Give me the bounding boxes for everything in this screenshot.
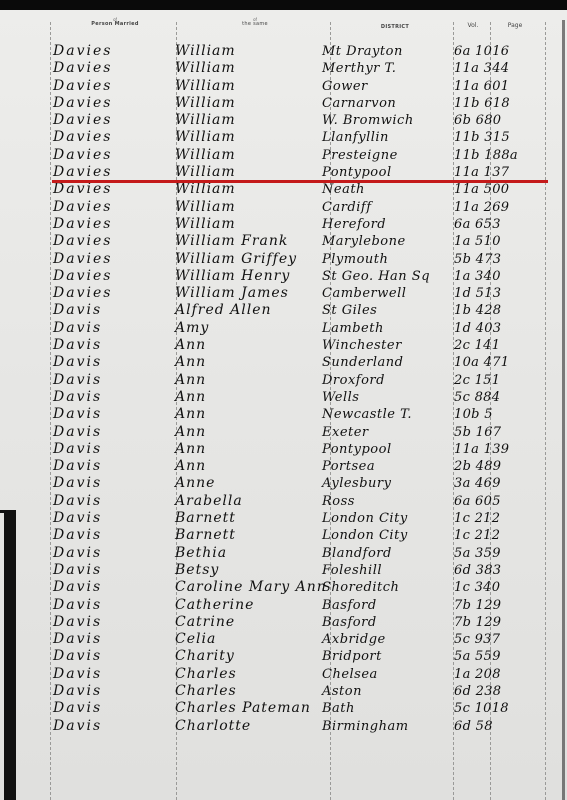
district-cell: Hereford — [322, 216, 452, 233]
surname-cell: Davis — [53, 666, 168, 683]
header-district: DISTRICT — [340, 25, 450, 31]
surname-cell: Davies — [53, 268, 168, 285]
register-entry: DaviesWilliamMt Drayton6a 1016 — [0, 43, 567, 60]
volume-page-cell: 11a 344 — [454, 60, 534, 77]
register-entry: DavisArabellaRoss6a 605 — [0, 493, 567, 510]
district-cell: Newcastle T. — [322, 406, 452, 423]
volume-page-cell: 5a 359 — [454, 545, 534, 562]
district-cell: Aston — [322, 683, 452, 700]
register-entry: DavisAmyLambeth1d 403 — [0, 320, 567, 337]
district-cell: Chelsea — [322, 666, 452, 683]
surname-cell: Davis — [53, 683, 168, 700]
given-name-cell: William — [175, 43, 325, 60]
register-entry: DavisCaroline Mary AnnShoreditch1c 340 — [0, 579, 567, 596]
surname-cell: Davies — [53, 199, 168, 216]
volume-page-cell: 2c 141 — [454, 337, 534, 354]
register-entry: DavisBethiaBlandford5a 359 — [0, 545, 567, 562]
district-cell: Gower — [322, 78, 452, 95]
register-entry: DavisCatherineBasford7b 129 — [0, 597, 567, 614]
volume-page-cell: 11b 315 — [454, 129, 534, 146]
surname-cell: Davis — [53, 510, 168, 527]
surname-cell: Davis — [53, 648, 168, 665]
volume-page-cell: 5c 1018 — [454, 700, 534, 717]
surname-cell: Davies — [53, 129, 168, 146]
district-cell: Birmingham — [322, 718, 452, 735]
register-entry: DavisAnnSunderland10a 471 — [0, 354, 567, 371]
surname-cell: Davis — [53, 579, 168, 596]
register-entry: DavisCharlesChelsea1a 208 — [0, 666, 567, 683]
volume-page-cell: 7b 129 — [454, 597, 534, 614]
volume-page-cell: 3a 469 — [454, 475, 534, 492]
given-name-cell: Ann — [175, 441, 325, 458]
given-name-cell: William — [175, 181, 325, 198]
district-cell: Carnarvon — [322, 95, 452, 112]
volume-page-cell: 11b 188a — [454, 147, 534, 164]
given-name-cell: Ann — [175, 354, 325, 371]
given-name-cell: Bethia — [175, 545, 325, 562]
register-entry: DavisCeliaAxbridge5c 937 — [0, 631, 567, 648]
volume-page-cell: 5b 167 — [454, 424, 534, 441]
surname-cell: Davis — [53, 458, 168, 475]
given-name-cell: Ann — [175, 424, 325, 441]
given-name-cell: William Henry — [175, 268, 325, 285]
column-header: of Person Married of the same DISTRICT V… — [0, 18, 567, 40]
register-entry: DaviesWilliam FrankMarylebone1a 510 — [0, 233, 567, 250]
district-cell: Merthyr T. — [322, 60, 452, 77]
district-cell: Bath — [322, 700, 452, 717]
volume-page-cell: 5b 473 — [454, 251, 534, 268]
volume-page-cell: 1d 403 — [454, 320, 534, 337]
district-cell: Marylebone — [322, 233, 452, 250]
district-cell: Sunderland — [322, 354, 452, 371]
district-cell: Winchester — [322, 337, 452, 354]
register-entry: DavisBarnettLondon City1c 212 — [0, 527, 567, 544]
register-entries: DaviesWilliamMt Drayton6a 1016DaviesWill… — [0, 43, 567, 735]
given-name-cell: Amy — [175, 320, 325, 337]
district-cell: Droxford — [322, 372, 452, 389]
given-name-cell: William Frank — [175, 233, 325, 250]
volume-page-cell: 1d 513 — [454, 285, 534, 302]
given-name-cell: Barnett — [175, 527, 325, 544]
given-name-cell: Ann — [175, 337, 325, 354]
volume-page-cell: 1b 428 — [454, 302, 534, 319]
district-cell: W. Bromwich — [322, 112, 452, 129]
register-entry: DavisCharles PatemanBath5c 1018 — [0, 700, 567, 717]
district-cell: Shoreditch — [322, 579, 452, 596]
register-entry: DaviesWilliamGower11a 601 — [0, 78, 567, 95]
register-entry: DavisAnnWells5c 884 — [0, 389, 567, 406]
header-label: the same — [200, 22, 310, 28]
header-of-the-same: of the same — [200, 18, 310, 28]
volume-page-cell: 5c 884 — [454, 389, 534, 406]
register-entry: DaviesWilliamCarnarvon11b 618 — [0, 95, 567, 112]
district-cell: Basford — [322, 597, 452, 614]
header-vol: Vol. — [458, 23, 488, 30]
surname-cell: Davis — [53, 597, 168, 614]
surname-cell: Davies — [53, 164, 168, 181]
district-cell: Neath — [322, 181, 452, 198]
district-cell: St Geo. Han Sq — [322, 268, 452, 285]
surname-cell: Davies — [53, 285, 168, 302]
register-entry: DaviesWilliamNeath11a 500 — [0, 181, 567, 198]
register-entry: DavisCatrineBasford7b 129 — [0, 614, 567, 631]
register-entry: DavisAlfred AllenSt Giles1b 428 — [0, 302, 567, 319]
district-cell: Camberwell — [322, 285, 452, 302]
given-name-cell: William — [175, 164, 325, 181]
given-name-cell: Anne — [175, 475, 325, 492]
surname-cell: Davies — [53, 112, 168, 129]
register-entry: DavisAnnWinchester2c 141 — [0, 337, 567, 354]
register-entry: DavisAnnPontypool11a 139 — [0, 441, 567, 458]
surname-cell: Davies — [53, 78, 168, 95]
district-cell: Aylesbury — [322, 475, 452, 492]
register-entry: DaviesWilliamPontypool11a 137 — [0, 164, 567, 181]
district-cell: London City — [322, 510, 452, 527]
district-cell: Foleshill — [322, 562, 452, 579]
header-person-married: of Person Married — [60, 18, 170, 28]
given-name-cell: Alfred Allen — [175, 302, 325, 319]
district-cell: Basford — [322, 614, 452, 631]
surname-cell: Davis — [53, 354, 168, 371]
volume-page-cell: 11a 269 — [454, 199, 534, 216]
volume-page-cell: 1a 208 — [454, 666, 534, 683]
register-entry: DaviesWilliamMerthyr T.11a 344 — [0, 60, 567, 77]
volume-page-cell: 1c 212 — [454, 510, 534, 527]
register-entry: DavisAnnNewcastle T.10b 5 — [0, 406, 567, 423]
surname-cell: Davies — [53, 95, 168, 112]
surname-cell: Davis — [53, 441, 168, 458]
given-name-cell: William — [175, 147, 325, 164]
surname-cell: Davies — [53, 147, 168, 164]
surname-cell: Davis — [53, 337, 168, 354]
given-name-cell: Ann — [175, 372, 325, 389]
surname-cell: Davis — [53, 424, 168, 441]
volume-page-cell: 11a 601 — [454, 78, 534, 95]
surname-cell: Davies — [53, 251, 168, 268]
register-entry: DaviesWilliam GriffeyPlymouth5b 473 — [0, 251, 567, 268]
register-entry: DavisBarnettLondon City1c 212 — [0, 510, 567, 527]
given-name-cell: Charity — [175, 648, 325, 665]
district-cell: Presteigne — [322, 147, 452, 164]
surname-cell: Davis — [53, 562, 168, 579]
volume-page-cell: 10b 5 — [454, 406, 534, 423]
given-name-cell: Ann — [175, 389, 325, 406]
volume-page-cell: 6a 653 — [454, 216, 534, 233]
register-entry: DaviesWilliam JamesCamberwell1d 513 — [0, 285, 567, 302]
given-name-cell: Betsy — [175, 562, 325, 579]
district-cell: Bridport — [322, 648, 452, 665]
volume-page-cell: 11a 137 — [454, 164, 534, 181]
given-name-cell: William — [175, 95, 325, 112]
volume-page-cell: 1a 340 — [454, 268, 534, 285]
given-name-cell: Charles — [175, 683, 325, 700]
district-cell: Axbridge — [322, 631, 452, 648]
given-name-cell: William — [175, 78, 325, 95]
given-name-cell: Catherine — [175, 597, 325, 614]
given-name-cell: William — [175, 60, 325, 77]
given-name-cell: William — [175, 199, 325, 216]
given-name-cell: William James — [175, 285, 325, 302]
surname-cell: Davis — [53, 406, 168, 423]
volume-page-cell: 11a 500 — [454, 181, 534, 198]
register-entry: DavisCharlesAston6d 238 — [0, 683, 567, 700]
register-entry: DaviesWilliamLlanfyllin11b 315 — [0, 129, 567, 146]
surname-cell: Davis — [53, 389, 168, 406]
header-label: Person Married — [60, 22, 170, 28]
given-name-cell: Catrine — [175, 614, 325, 631]
register-entry: DavisBetsyFoleshill6d 383 — [0, 562, 567, 579]
volume-page-cell: 6d 58 — [454, 718, 534, 735]
district-cell: Mt Drayton — [322, 43, 452, 60]
register-entry: DaviesWilliamCardiff11a 269 — [0, 199, 567, 216]
volume-page-cell: 1c 212 — [454, 527, 534, 544]
volume-page-cell: 6d 383 — [454, 562, 534, 579]
district-cell: St Giles — [322, 302, 452, 319]
surname-cell: Davis — [53, 631, 168, 648]
register-entry: DaviesWilliamW. Bromwich6b 680 — [0, 112, 567, 129]
surname-cell: Davis — [53, 372, 168, 389]
surname-cell: Davis — [53, 302, 168, 319]
given-name-cell: Ann — [175, 406, 325, 423]
district-cell: Lambeth — [322, 320, 452, 337]
district-cell: Portsea — [322, 458, 452, 475]
volume-page-cell: 10a 471 — [454, 354, 534, 371]
volume-page-cell: 11b 618 — [454, 95, 534, 112]
surname-cell: Davies — [53, 216, 168, 233]
district-cell: Llanfyllin — [322, 129, 452, 146]
given-name-cell: Arabella — [175, 493, 325, 510]
district-cell: Wells — [322, 389, 452, 406]
surname-cell: Davis — [53, 475, 168, 492]
district-cell: Ross — [322, 493, 452, 510]
volume-page-cell: 6a 1016 — [454, 43, 534, 60]
given-name-cell: Caroline Mary Ann — [175, 579, 325, 596]
volume-page-cell: 6a 605 — [454, 493, 534, 510]
register-entry: DavisCharlotteBirmingham6d 58 — [0, 718, 567, 735]
surname-cell: Davies — [53, 43, 168, 60]
volume-page-cell: 5c 937 — [454, 631, 534, 648]
register-entry: DavisAnnDroxford2c 151 — [0, 372, 567, 389]
volume-page-cell: 2c 151 — [454, 372, 534, 389]
surname-cell: Davis — [53, 493, 168, 510]
given-name-cell: William Griffey — [175, 251, 325, 268]
district-cell: Pontypool — [322, 441, 452, 458]
given-name-cell: Charlotte — [175, 718, 325, 735]
volume-page-cell: 11a 139 — [454, 441, 534, 458]
district-cell: Pontypool — [322, 164, 452, 181]
surname-cell: Davis — [53, 320, 168, 337]
volume-page-cell: 5a 559 — [454, 648, 534, 665]
surname-cell: Davis — [53, 614, 168, 631]
register-entry: DavisAnneAylesbury3a 469 — [0, 475, 567, 492]
surname-cell: Davis — [53, 718, 168, 735]
district-cell: Cardiff — [322, 199, 452, 216]
given-name-cell: Ann — [175, 458, 325, 475]
surname-cell: Davis — [53, 700, 168, 717]
surname-cell: Davies — [53, 60, 168, 77]
given-name-cell: William — [175, 129, 325, 146]
highlight-underline — [52, 180, 548, 183]
district-cell: Plymouth — [322, 251, 452, 268]
given-name-cell: Barnett — [175, 510, 325, 527]
district-cell: London City — [322, 527, 452, 544]
given-name-cell: Charles Pateman — [175, 700, 325, 717]
register-entry: DavisCharityBridport5a 559 — [0, 648, 567, 665]
surname-cell: Davis — [53, 545, 168, 562]
given-name-cell: William — [175, 112, 325, 129]
register-entry: DaviesWilliamPresteigne11b 188a — [0, 147, 567, 164]
volume-page-cell: 7b 129 — [454, 614, 534, 631]
register-entry: DaviesWilliam HenrySt Geo. Han Sq1a 340 — [0, 268, 567, 285]
district-cell: Exeter — [322, 424, 452, 441]
volume-page-cell: 2b 489 — [454, 458, 534, 475]
volume-page-cell: 6d 238 — [454, 683, 534, 700]
surname-cell: Davies — [53, 233, 168, 250]
district-cell: Blandford — [322, 545, 452, 562]
surname-cell: Davies — [53, 181, 168, 198]
given-name-cell: Charles — [175, 666, 325, 683]
register-entry: DaviesWilliamHereford6a 653 — [0, 216, 567, 233]
header-page: Page — [495, 23, 535, 30]
volume-page-cell: 1a 510 — [454, 233, 534, 250]
volume-page-cell: 6b 680 — [454, 112, 534, 129]
given-name-cell: William — [175, 216, 325, 233]
register-entry: DavisAnnPortsea2b 489 — [0, 458, 567, 475]
register-entry: DavisAnnExeter5b 167 — [0, 424, 567, 441]
surname-cell: Davis — [53, 527, 168, 544]
volume-page-cell: 1c 340 — [454, 579, 534, 596]
header-label: DISTRICT — [340, 25, 450, 31]
given-name-cell: Celia — [175, 631, 325, 648]
